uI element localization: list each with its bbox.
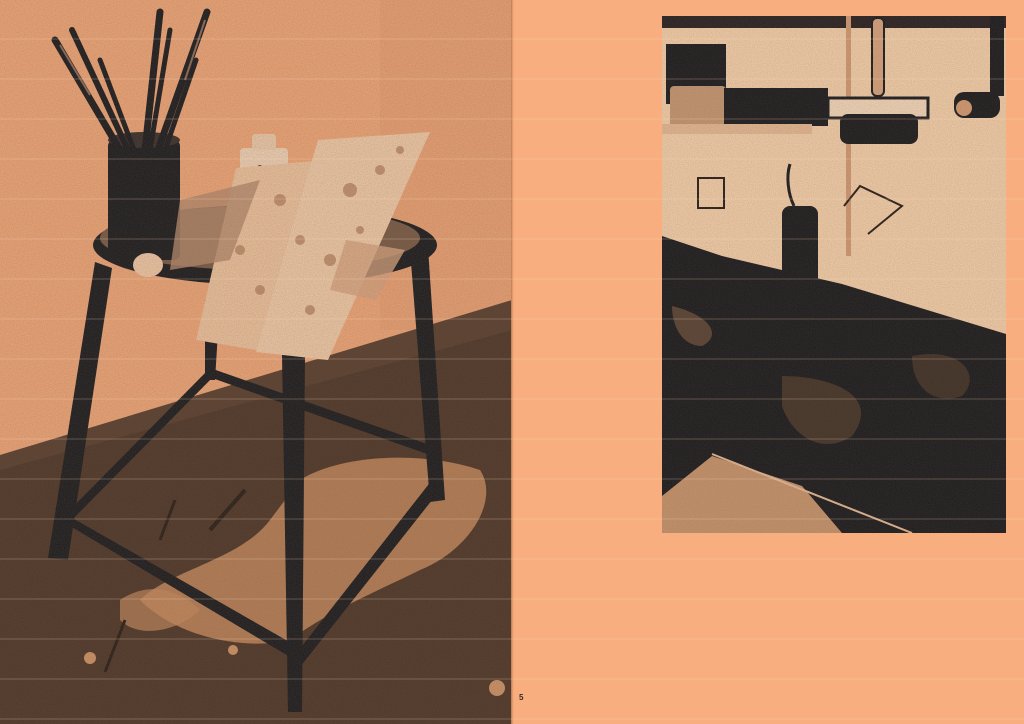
spine-fold: [511, 0, 514, 724]
photo-studio-wall-rollers: [662, 16, 1006, 533]
studio-wall-illustration: [662, 16, 1006, 533]
magazine-spread: 5: [0, 0, 1024, 724]
photo-stool-brushes: [0, 0, 512, 724]
stool-illustration: [0, 0, 512, 724]
left-page: [0, 0, 513, 724]
page-number: 5: [519, 693, 524, 702]
